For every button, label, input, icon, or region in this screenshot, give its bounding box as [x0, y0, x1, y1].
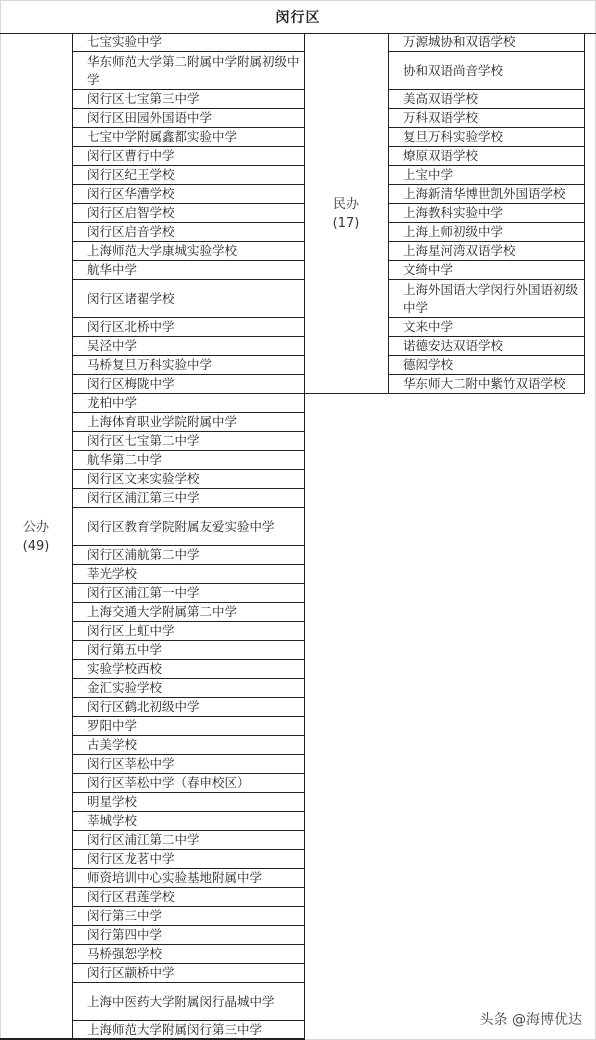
school-name: 金汇实验学校	[87, 679, 162, 697]
school-name: 闵行区浦江第三中学	[87, 489, 200, 507]
school-row: 万源城协和双语学校	[389, 33, 584, 52]
school-row: 莘光学校	[73, 565, 304, 584]
school-row: 上海中医药大学附属闵行晶城中学	[73, 983, 304, 1021]
school-row: 上海星河湾双语学校	[389, 242, 584, 261]
school-row: 上海师范大学康城实验学校	[73, 242, 304, 261]
school-row: 复旦万科实验学校	[389, 128, 584, 147]
school-name: 闵行区上虹中学	[87, 622, 175, 640]
school-row: 闵行区教育学院附属友爱实验中学	[73, 508, 304, 546]
school-row: 闵行区颛桥中学	[73, 964, 304, 983]
school-row: 马桥强恕学校	[73, 945, 304, 964]
school-name: 文绮中学	[403, 261, 453, 279]
school-name: 上海外国语大学闵行外国语初级中学	[403, 281, 584, 317]
school-name: 实验学校西校	[87, 660, 162, 678]
school-name: 七宝实验中学	[87, 33, 162, 51]
school-row: 文绮中学	[389, 261, 584, 280]
school-row: 闵行区田园外国语中学	[73, 109, 304, 128]
school-row: 闵行区文来实验学校	[73, 470, 304, 489]
school-name: 文来中学	[403, 318, 453, 336]
school-row: 上海教科实验中学	[389, 204, 584, 223]
school-row: 马桥复旦万科实验中学	[73, 356, 304, 375]
school-row: 闵行区梅陇中学	[73, 375, 304, 394]
school-row: 文来中学	[389, 318, 584, 337]
school-row: 闵行区启智学校	[73, 204, 304, 223]
school-name: 闵行第五中学	[87, 641, 162, 659]
school-name: 闵行区北桥中学	[87, 318, 175, 336]
school-row: 闵行区莘松中学	[73, 755, 304, 774]
school-name: 万源城协和双语学校	[403, 33, 516, 51]
school-name: 罗阳中学	[87, 717, 137, 735]
school-name: 上海上师初级中学	[403, 223, 503, 241]
school-name: 美高双语学校	[403, 90, 478, 108]
school-row: 闵行第三中学	[73, 907, 304, 926]
school-row: 上海体育职业学院附属中学	[73, 413, 304, 432]
school-row: 闵行区七宝第三中学	[73, 90, 304, 109]
school-name: 闵行区启音学校	[87, 223, 175, 241]
school-row: 闵行区莘松中学（春申校区）	[73, 774, 304, 793]
school-name: 协和双语尚音学校	[403, 62, 503, 80]
school-name: 闵行区启智学校	[87, 204, 175, 222]
school-name: 闵行区华漕学校	[87, 185, 175, 203]
school-name: 航华第二中学	[87, 451, 162, 469]
school-name: 闵行区浦航第二中学	[87, 546, 200, 564]
school-name: 闵行区诸翟学校	[87, 290, 175, 308]
school-row: 吴泾中学	[73, 337, 304, 356]
school-name: 华东师大二附中紫竹双语学校	[403, 375, 566, 393]
school-row: 龙柏中学	[73, 394, 304, 413]
school-name: 莘光学校	[87, 565, 137, 583]
school-row: 上海外国语大学闵行外国语初级中学	[389, 280, 584, 318]
private-schools-list: 万源城协和双语学校协和双语尚音学校美高双语学校万科双语学校复旦万科实验学校燎原双…	[388, 33, 585, 394]
school-name: 上海教科实验中学	[403, 204, 503, 222]
school-row: 协和双语尚音学校	[389, 52, 584, 90]
school-row: 闵行区七宝第二中学	[73, 432, 304, 451]
school-name: 闵行区梅陇中学	[87, 375, 175, 393]
school-name: 闵行第四中学	[87, 926, 162, 944]
school-row: 上海交通大学附属第二中学	[73, 603, 304, 622]
school-row: 上海上师初级中学	[389, 223, 584, 242]
school-row: 七宝实验中学	[73, 33, 304, 52]
school-row: 闵行区浦江第一中学	[73, 584, 304, 603]
school-name: 马桥强恕学校	[87, 945, 162, 963]
school-row: 上海新清华博世凯外国语学校	[389, 185, 584, 204]
school-name: 德闳学校	[403, 356, 453, 374]
school-name: 上海新清华博世凯外国语学校	[403, 185, 566, 203]
school-row: 华东师范大学第二附属中学附属初级中学	[73, 52, 304, 90]
private-count: (17)	[333, 214, 360, 233]
school-name: 闵行区颛桥中学	[87, 964, 175, 982]
school-name: 燎原双语学校	[403, 147, 478, 165]
school-row: 闵行第五中学	[73, 641, 304, 660]
school-name: 闵行区纪王学校	[87, 166, 175, 184]
school-name: 师资培训中心实验基地附属中学	[87, 869, 262, 887]
school-row: 莘城学校	[73, 812, 304, 831]
school-row: 闵行区纪王学校	[73, 166, 304, 185]
school-row: 万科双语学校	[389, 109, 584, 128]
school-row: 金汇实验学校	[73, 679, 304, 698]
school-name: 闵行区七宝第二中学	[87, 432, 200, 450]
school-row: 闵行区君莲学校	[73, 888, 304, 907]
private-category-label: 民办 (17)	[304, 33, 388, 394]
public-schools-list: 七宝实验中学华东师范大学第二附属中学附属初级中学闵行区七宝第三中学闵行区田园外国…	[72, 33, 305, 1040]
school-name: 马桥复旦万科实验中学	[87, 356, 212, 374]
school-row: 航华第二中学	[73, 451, 304, 470]
school-name: 上海中医药大学附属闵行晶城中学	[87, 993, 275, 1011]
school-name: 诺德安达双语学校	[403, 337, 503, 355]
school-name: 闵行区莘松中学（春申校区）	[87, 774, 250, 792]
school-row: 闵行区浦江第二中学	[73, 831, 304, 850]
school-name: 闵行区浦江第二中学	[87, 831, 200, 849]
school-name: 闵行第三中学	[87, 907, 162, 925]
watermark: 头条 @海博优达	[480, 1009, 582, 1029]
school-row: 航华中学	[73, 261, 304, 280]
school-name: 七宝中学附属鑫都实验中学	[87, 128, 237, 146]
school-name: 上海体育职业学院附属中学	[87, 413, 237, 431]
school-name: 上海交通大学附属第二中学	[87, 603, 237, 621]
school-name: 闵行区曹行中学	[87, 147, 175, 165]
school-row: 闵行区浦江第三中学	[73, 489, 304, 508]
school-name: 上海师范大学附属闵行第三中学	[87, 1021, 262, 1039]
school-name: 上海星河湾双语学校	[403, 242, 516, 260]
school-row: 华东师大二附中紫竹双语学校	[389, 375, 584, 394]
school-row: 闵行区龙茗中学	[73, 850, 304, 869]
school-row: 闵行区曹行中学	[73, 147, 304, 166]
school-name: 闵行区教育学院附属友爱实验中学	[87, 518, 275, 536]
school-row: 燎原双语学校	[389, 147, 584, 166]
school-row: 师资培训中心实验基地附属中学	[73, 869, 304, 888]
school-row: 七宝中学附属鑫都实验中学	[73, 128, 304, 147]
school-row: 闵行区鹤北初级中学	[73, 698, 304, 717]
school-row: 闵行区华漕学校	[73, 185, 304, 204]
school-name: 上宝中学	[403, 166, 453, 184]
school-name: 吴泾中学	[87, 337, 137, 355]
school-row: 闵行区诸翟学校	[73, 280, 304, 318]
public-label: 公办	[23, 518, 49, 537]
school-row: 诺德安达双语学校	[389, 337, 584, 356]
school-row: 美高双语学校	[389, 90, 584, 109]
school-row: 上宝中学	[389, 166, 584, 185]
school-name: 闵行区田园外国语中学	[87, 109, 212, 127]
school-name: 华东师范大学第二附属中学附属初级中学	[87, 53, 304, 89]
private-label: 民办	[333, 195, 359, 214]
school-name: 闵行区龙茗中学	[87, 850, 175, 868]
school-row: 德闳学校	[389, 356, 584, 375]
district-title: 闵行区	[0, 0, 596, 34]
school-row: 罗阳中学	[73, 717, 304, 736]
school-row: 实验学校西校	[73, 660, 304, 679]
public-count: (49)	[23, 537, 50, 556]
school-row: 闵行区浦航第二中学	[73, 546, 304, 565]
school-name: 龙柏中学	[87, 394, 137, 412]
school-name: 明星学校	[87, 793, 137, 811]
school-row: 古美学校	[73, 736, 304, 755]
school-name: 闵行区莘松中学	[87, 755, 175, 773]
public-category-label: 公办 (49)	[0, 33, 72, 1040]
school-name: 古美学校	[87, 736, 137, 754]
school-name: 莘城学校	[87, 812, 137, 830]
school-row: 明星学校	[73, 793, 304, 812]
school-row: 闵行区北桥中学	[73, 318, 304, 337]
school-row: 闵行第四中学	[73, 926, 304, 945]
school-row: 闵行区上虹中学	[73, 622, 304, 641]
school-name: 闵行区七宝第三中学	[87, 90, 200, 108]
school-name: 航华中学	[87, 261, 137, 279]
school-name: 复旦万科实验学校	[403, 128, 503, 146]
school-name: 万科双语学校	[403, 109, 478, 127]
school-name: 上海师范大学康城实验学校	[87, 242, 237, 260]
school-name: 闵行区文来实验学校	[87, 470, 200, 488]
school-name: 闵行区浦江第一中学	[87, 584, 200, 602]
school-name: 闵行区鹤北初级中学	[87, 698, 200, 716]
school-row: 闵行区启音学校	[73, 223, 304, 242]
school-name: 闵行区君莲学校	[87, 888, 175, 906]
